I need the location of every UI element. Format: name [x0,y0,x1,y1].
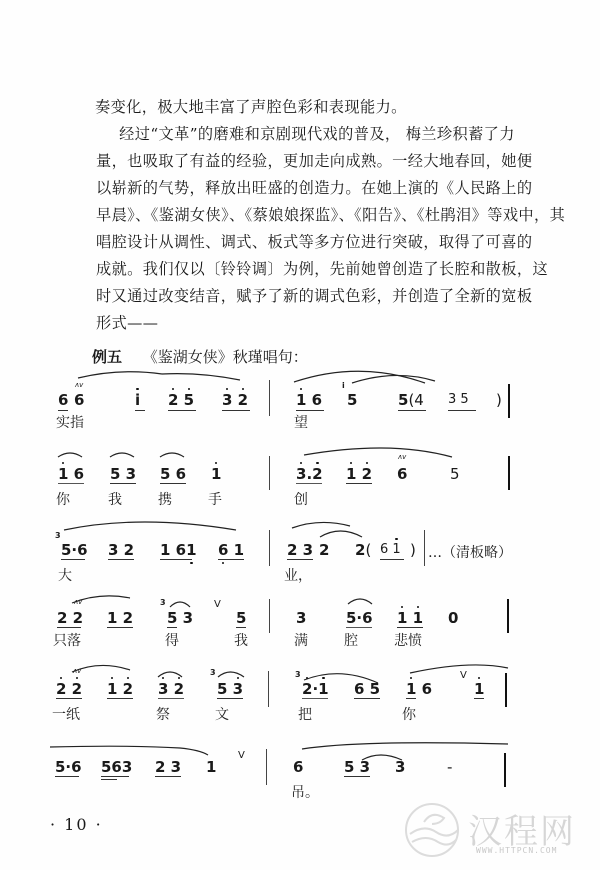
lyric: 祭 [156,707,170,723]
lyric: 满 [294,633,308,649]
page-number: · 10 · [50,815,103,834]
bar-line [268,671,269,707]
watermark-url: WWW.HTTPCN.COM [476,846,557,855]
note: 3 2 [158,681,184,697]
note: 1 [206,759,216,775]
note: 5·6 [55,759,82,775]
underline [344,776,370,777]
text-line: 量，也吸取了有益的经验，更加走向成熟。一经大地春回，她便 [96,148,522,175]
underline [58,410,68,411]
note: 2( [355,542,371,558]
lyric: 我 [234,633,248,649]
note: 6 [58,392,68,408]
note: 2 5 [168,392,194,408]
note: 3 [395,759,405,775]
note: 1 [474,681,484,697]
underline [56,698,82,699]
note: ) [410,542,416,558]
underline [236,627,246,628]
grace-note: 3 [295,671,301,679]
underline [135,410,145,411]
note: 2·1 [302,681,329,697]
omitted-annotation: …（清板略） [428,542,512,562]
underline [474,698,484,699]
note: 6 [397,466,407,482]
underline [160,559,192,560]
underline [448,410,476,411]
note: 1 2 [107,681,133,697]
bar-line [269,530,270,566]
underline [398,410,426,411]
note: ) [496,392,502,408]
underline [101,779,117,780]
lyric: 腔 [344,633,358,649]
underline [296,483,322,484]
underline [354,698,380,699]
note: 6 1 [380,542,401,558]
lyric: 吊。 [291,785,319,801]
bar-line [508,456,510,490]
ornament-mark: ʌv [75,382,83,389]
underline [61,559,85,560]
note: 5 [347,392,357,408]
underline [167,627,177,628]
grace-note: 3 [55,532,61,540]
note: 2 3 [155,759,181,775]
lyric: 一纸 [52,707,80,723]
grace-note: 3 [160,599,166,607]
breath-mark: V [238,751,245,761]
text-line: 早晨》、《鉴湖女侠》、《蔡娘娘探监》、《阳告》、《杜鹃泪》等戏中，其 [96,202,522,229]
bar-line [269,599,270,633]
text-line: 形式—— [96,310,522,337]
score-row-4: ʌv 2 2 1 2 3 5 3 V 5 3 5·6 1 1 0 只落 得 我 … [0,585,600,655]
note: 3 2 [222,392,248,408]
note: 5 6 [160,466,186,482]
underline [380,559,404,560]
ornament-mark: ʌv [74,599,82,606]
lyric: 手 [208,492,222,508]
lyric: 业， [284,568,312,584]
note: 3 5 [448,392,469,408]
note: 3.2 [296,466,323,482]
bar-line [508,384,510,418]
underline [58,483,84,484]
score-row-1: ʌv 6 6 i 2 5 3 2 1 6 i 5 5(4 3 5 ) 实指 望 [0,360,600,430]
underline [101,776,129,777]
lyric: 只落 [53,633,81,649]
note: 1 [211,466,221,482]
underline [155,776,181,777]
text-line: 时又通过改变结音，赋予了新的调式色彩，并创造了全新的宽板 [96,283,522,310]
note: 5 3 [217,681,243,697]
note: 3 [296,610,306,626]
note: 0 [448,610,458,626]
note: 5 3 [167,610,193,626]
underline [346,483,372,484]
note: 6 [74,392,84,408]
note: 5 [450,466,460,482]
note: i [135,392,140,408]
underline [397,627,423,628]
underline [55,776,79,777]
lyric: 创 [294,492,308,508]
score-row-5: ʌv 2 2 1 2 3 2 3 5 3 3 2·1 6 5 1 6 V 1 一… [0,655,600,725]
underline [217,698,243,699]
score-row-3: 3 5·6 3 2 1 61 6 1 2 3 2 2( 6 1 ) …（清板略）… [0,510,600,580]
watermark: 汉程网 WWW.HTTPCN.COM [400,800,600,860]
ornament-mark: ʌv [73,668,81,675]
bar-line [507,599,509,633]
note: 5 3 [110,466,136,482]
note: 1 2 [346,466,372,482]
text-line: 经过“文革”的磨难和京剧现代戏的普及， 梅兰珍积蓄了力 [88,121,522,148]
underline [160,483,186,484]
underline [110,483,136,484]
note: 2 2 [56,681,82,697]
lyric: 大 [58,568,72,584]
bar-line [505,673,507,707]
bar-line [424,530,425,566]
note: 1 2 [107,610,133,626]
underline [302,698,328,699]
note: 1 6 [296,392,322,408]
lyric: 你 [56,492,70,508]
underline [296,410,324,411]
text-line: 奏变化，极大地丰富了声腔色彩和表现能力。 [95,94,522,121]
score-row-2: 1 6 5 3 5 6 1 3.2 1 2 ʌv 6 5 你 我 携 手 创 [0,440,600,510]
lyric: 把 [298,707,312,723]
note: 6 5 [354,681,380,697]
lyric: 我 [108,492,122,508]
note: - [447,759,452,775]
note: 5·6 [61,542,88,558]
underline [158,698,184,699]
underline [406,698,416,699]
note: 6 [293,759,303,775]
note: 1 6 [406,681,432,697]
text-line: 唱腔设计从调性、调式、板式等多方位进行突破，取得了可喜的 [96,229,522,256]
note: 2 3 [287,542,313,558]
underline [287,559,313,560]
underline [57,627,81,628]
breath-mark: V [214,600,221,610]
watermark-logo-icon [400,800,464,860]
note: 2 2 [57,610,83,626]
underline [107,627,133,628]
grace-note: i [342,382,345,390]
lyric: 悲愤 [394,633,422,649]
underline [108,559,134,560]
lyric: 实指 [56,415,84,431]
text-line: 成就。我们仅以〔铃铃调〕为例，先前她曾创造了长腔和散板，这 [96,256,522,283]
lyric: 你 [402,707,416,723]
underline [346,627,372,628]
bar-line [504,753,506,787]
grace-note: 3 [210,669,216,677]
ornament-mark: ʌv [398,454,406,461]
note: 5(4 [398,392,424,408]
note: 1 6 [58,466,84,482]
bar-line [266,749,267,785]
lyric: 文 [215,707,229,723]
note: 5·6 [346,610,373,626]
note: 5 3 [344,759,370,775]
bar-line [269,456,270,490]
note: 1 1 [397,610,423,626]
underline [222,410,250,411]
breath-mark: V [460,671,467,681]
text-line: 以崭新的气势，释放出旺盛的创造力。在她上演的《人民路上的 [96,175,522,202]
score-row-6: 5·6 563 2 3 1 V 6 5 3 3 - 吊。 [0,725,600,795]
lyric: 望 [294,415,308,431]
note: 5 [236,610,246,626]
lyric: 携 [158,492,172,508]
underline [168,410,196,411]
note: 6 1 [218,542,244,558]
lyric: 得 [165,633,179,649]
paragraph-1: 奏变化，极大地丰富了声腔色彩和表现能力。 [96,94,522,121]
note: 563 [101,759,132,775]
paragraph-2: 经过“文革”的磨难和京剧现代戏的普及， 梅兰珍积蓄了力 量，也吸取了有益的经验，… [96,121,522,337]
note: 2 [319,542,329,558]
bar-line [269,380,270,416]
note: 3 2 [108,542,134,558]
underline [218,559,244,560]
underline [107,698,133,699]
note: 1 61 [160,542,197,558]
